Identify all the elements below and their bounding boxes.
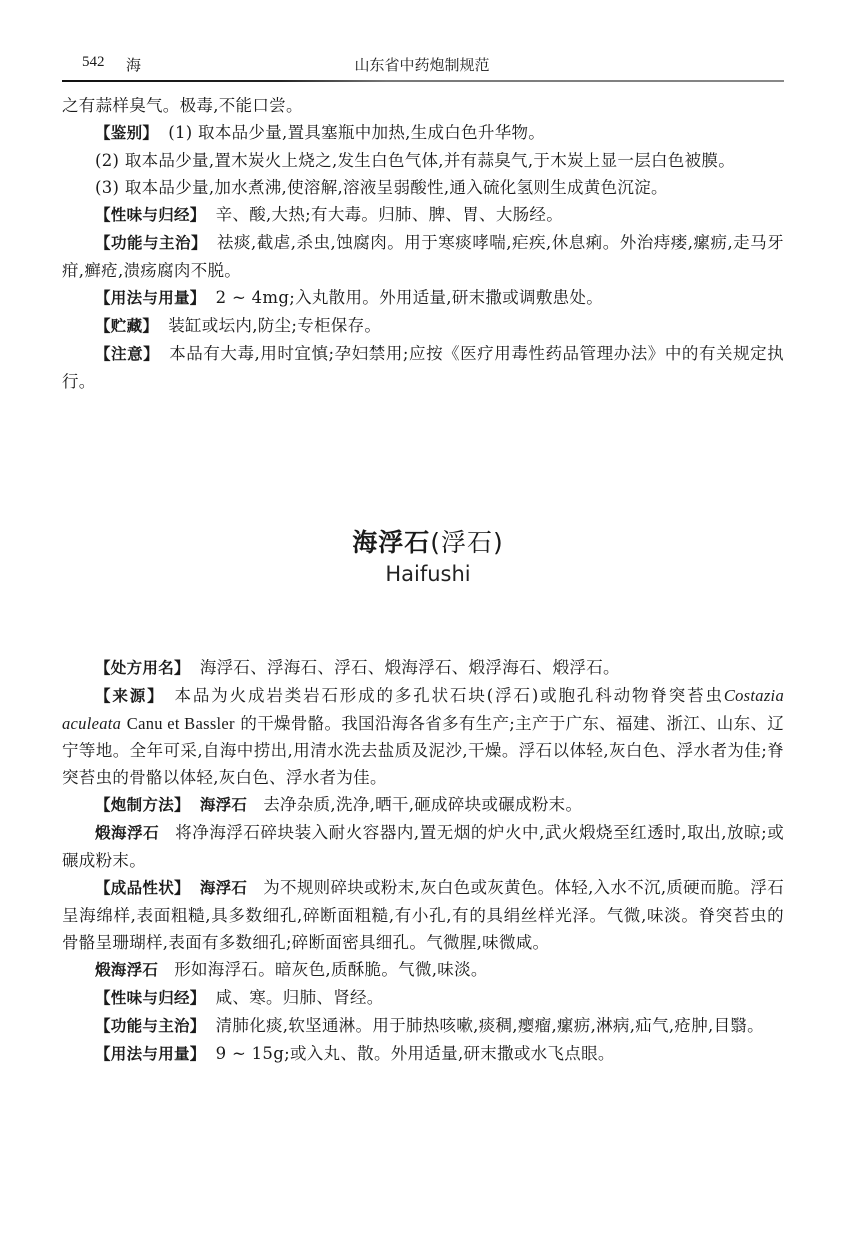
identification-label: 【鉴别】 <box>95 124 158 142</box>
storage-text: 装缸或坛内,防尘;专柜保存。 <box>168 316 381 335</box>
entry-title: 海浮石(浮石) <box>0 523 856 559</box>
entry-nature-label: 【性味与归经】 <box>95 989 206 1007</box>
nature-label: 【性味与归经】 <box>95 206 206 224</box>
running-header: 542 海 山东省中药炮制规范 <box>62 50 782 80</box>
processing-sub1-label: 海浮石 <box>200 796 247 814</box>
entry-nature-text: 咸、寒。归肺、肾经。 <box>216 988 384 1007</box>
storage-label: 【贮藏】 <box>95 317 158 335</box>
characteristics-calcined-section: 煅海浮石形如海浮石。暗灰色,质酥脆。气微,味淡。 <box>62 956 784 984</box>
entry-usage-section: 【用法与用量】9 ~ 15g;或入丸、散。外用适量,研末撒或水飞点眼。 <box>62 1040 784 1068</box>
caution-text: 本品有大毒,用时宜慎;孕妇禁用;应按《医疗用毒性药品管理办法》中的有关规定执行。 <box>62 344 784 391</box>
processing-sub2-label: 煅海浮石 <box>95 824 159 842</box>
characteristics-section: 【成品性状】海浮石为不规则碎块或粉末,灰白色或灰黄色。体轻,入水不沉,质硬而脆。… <box>62 874 784 956</box>
characteristics-label: 【成品性状】 <box>95 879 190 897</box>
book-title: 山东省中药炮制规范 <box>62 54 782 75</box>
entry-usage-label: 【用法与用量】 <box>95 1045 206 1063</box>
storage-section: 【贮藏】装缸或坛内,防尘;专柜保存。 <box>62 312 784 340</box>
function-label: 【功能与主治】 <box>95 234 207 252</box>
processing-section: 【炮制方法】海浮石去净杂质,洗净,晒干,砸成碎块或碾成粉末。 <box>62 791 784 819</box>
characteristics-sub2-text: 形如海浮石。暗灰色,质酥脆。气微,味淡。 <box>174 960 488 979</box>
function-section: 【功能与主治】祛痰,截虐,杀虫,蚀腐肉。用于寒痰哮喘,疟疾,休息痢。外治痔瘘,瘰… <box>62 229 784 284</box>
source-text-before: 本品为火成岩类岩石形成的多孔状石块(浮石)或胞孔科动物脊突苔虫 <box>174 686 723 705</box>
entry-function-label: 【功能与主治】 <box>95 1017 206 1035</box>
source-section: 【来源】本品为火成岩类岩石形成的多孔状石块(浮石)或胞孔科动物脊突苔虫Costa… <box>62 682 784 791</box>
source-label: 【来源】 <box>95 687 164 705</box>
processing-label: 【炮制方法】 <box>95 796 190 814</box>
entry-name: 海浮石 <box>352 528 430 557</box>
entry-alt-name: (浮石) <box>430 528 504 557</box>
source-latin-author: Canu et Bassler <box>127 714 235 733</box>
caution-section: 【注意】本品有大毒,用时宜慎;孕妇禁用;应按《医疗用毒性药品管理办法》中的有关规… <box>62 340 784 395</box>
processing-calcined-section: 煅海浮石将净海浮石碎块装入耐火容器内,置无烟的炉火中,武火煅烧至红透时,取出,放… <box>62 819 784 874</box>
entry-function-text: 清肺化痰,软坚通淋。用于肺热咳嗽,痰稠,瘿瘤,瘰疬,淋病,疝气,疮肿,目翳。 <box>216 1016 764 1035</box>
identification-item-1: 【鉴别】(1) 取本品少量,置具塞瓶中加热,生成白色升华物。 <box>62 119 784 147</box>
usage-text: 2 ~ 4mg;入丸散用。外用适量,研末撒或调敷患处。 <box>216 288 603 307</box>
prescription-names-section: 【处方用名】海浮石、浮海石、浮石、煅海浮石、煅浮海石、煅浮石。 <box>62 654 784 682</box>
usage-section: 【用法与用量】2 ~ 4mg;入丸散用。外用适量,研末撒或调敷患处。 <box>62 284 784 312</box>
processing-sub2-text: 将净海浮石碎块装入耐火容器内,置无烟的炉火中,武火煅烧至红透时,取出,放晾;或碾… <box>62 823 784 870</box>
entry-pinyin: Haifushi <box>0 562 856 586</box>
previous-entry: 之有蒜样臭气。极毒,不能口尝。 【鉴别】(1) 取本品少量,置具塞瓶中加热,生成… <box>62 92 784 395</box>
header-rule <box>62 80 784 82</box>
prescription-names-text: 海浮石、浮海石、浮石、煅海浮石、煅浮海石、煅浮石。 <box>200 658 620 677</box>
nature-section: 【性味与归经】辛、酸,大热;有大毒。归肺、脾、胃、大肠经。 <box>62 201 784 229</box>
characteristics-sub2-label: 煅海浮石 <box>95 961 158 979</box>
identification-item-3: (3) 取本品少量,加水煮沸,使溶解,溶液呈弱酸性,通入硫化氢则生成黄色沉淀。 <box>62 174 784 201</box>
usage-label: 【用法与用量】 <box>95 289 206 307</box>
entry-usage-text: 9 ~ 15g;或入丸、散。外用适量,研末撒或水飞点眼。 <box>216 1044 615 1063</box>
document-page: 542 海 山东省中药炮制规范 之有蒜样臭气。极毒,不能口尝。 【鉴别】(1) … <box>0 0 856 1239</box>
prescription-names-label: 【处方用名】 <box>95 659 190 677</box>
entry-nature-section: 【性味与归经】咸、寒。归肺、肾经。 <box>62 984 784 1012</box>
entry-body: 【处方用名】海浮石、浮海石、浮石、煅海浮石、煅浮海石、煅浮石。 【来源】本品为火… <box>62 654 784 1068</box>
processing-sub1-text: 去净杂质,洗净,晒干,砸成碎块或碾成粉末。 <box>263 795 582 814</box>
nature-text: 辛、酸,大热;有大毒。归肺、脾、胃、大肠经。 <box>216 205 563 224</box>
identification-item-2: (2) 取本品少量,置木炭火上烧之,发生白色气体,并有蒜臭气,于木炭上显一层白色… <box>62 147 784 174</box>
characteristics-sub1-label: 海浮石 <box>200 879 247 897</box>
continuation-text: 之有蒜样臭气。极毒,不能口尝。 <box>62 92 784 119</box>
entry-function-section: 【功能与主治】清肺化痰,软坚通淋。用于肺热咳嗽,痰稠,瘿瘤,瘰疬,淋病,疝气,疮… <box>62 1012 784 1040</box>
caution-label: 【注意】 <box>95 345 159 363</box>
